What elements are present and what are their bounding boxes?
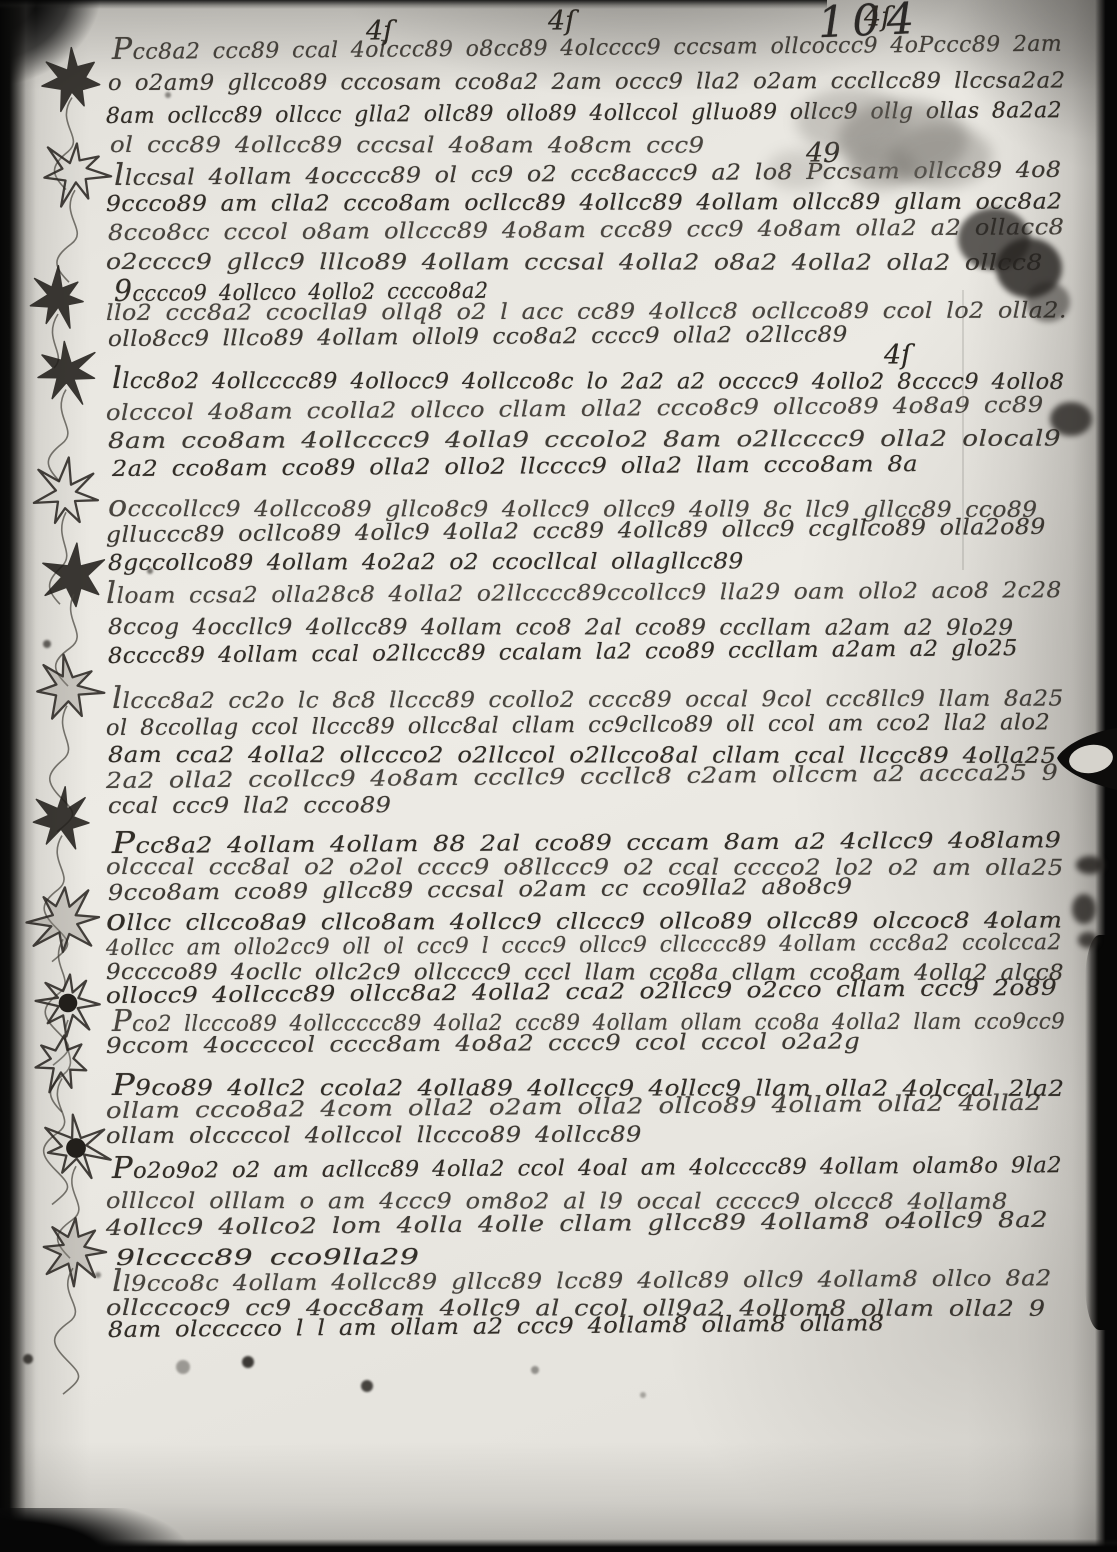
script-line: llo2 ccc8a2 ccoclla9 ollq8 o2 l acc cc89… <box>106 298 1067 327</box>
script-line: ollo8cc9 lllco89 4ollam ollol9 cco8a2 cc… <box>108 322 848 353</box>
ink-smudge <box>846 146 916 190</box>
gallows-flourish: 4ſ <box>864 2 891 33</box>
script-line: o o2am9 gllcco89 cccosam cco8a2 2am occc… <box>108 68 1066 97</box>
script-line: 2a2 cco8am cco89 olla2 ollo2 llcccc9 oll… <box>112 452 918 483</box>
script-line: 9ccco89 am clla2 ccco8am ocllcc89 4ollcc… <box>106 189 1063 218</box>
gallows-flourish: 4ſ <box>884 340 911 371</box>
ink-blot <box>1078 932 1098 948</box>
ink-speck <box>531 1366 539 1374</box>
script-line: ol ccc89 4ollcc89 cccsal 4o8am 4o8cm ccc… <box>110 133 705 160</box>
script-line: llcc8o2 4ollcccc89 4ollocc9 4ollcco8c lo… <box>112 366 1064 396</box>
script-line: 9ccom 4occccol cccc8am 4o8a2 cccc9 ccol … <box>106 1029 860 1060</box>
gallows-flourish: 4ſ <box>548 6 575 37</box>
manuscript-photo: 104 Pcc8a2 ccc89 ccal 4olccc89 o8cc89 4o… <box>0 0 1117 1552</box>
ink-speck <box>95 1272 101 1278</box>
ink-blot <box>1050 402 1092 436</box>
page-corner-bottom-left <box>0 1508 210 1552</box>
script-line: 8am cco8am 4ollcccc9 4olla9 cccolo2 8am … <box>108 427 1061 455</box>
ink-speck <box>43 640 51 648</box>
ink-blot <box>1076 856 1104 874</box>
script-line: ll9cco8c 4ollam 4ollcc89 gllcc89 lcc89 4… <box>112 1263 1052 1298</box>
page-edge-top <box>0 0 827 9</box>
gallows-flourish: 4ſ <box>366 16 393 47</box>
ink-blot <box>1026 282 1070 322</box>
script-line: lloam ccsa2 olla28c8 4olla2 o2llcccc89cc… <box>106 575 1062 610</box>
page-edge-right-lower <box>1085 935 1117 1330</box>
ink-speck <box>242 1356 254 1368</box>
script-line: o2cccc9 gllcc9 lllco89 4ollam cccsal 4ol… <box>106 250 1043 277</box>
script-line: 8gccollco89 4ollam 4o2a2 o2 ccocllcal ol… <box>108 549 744 577</box>
script-line: ollam olccccol 4ollccol llccco89 4ollcc8… <box>106 1123 642 1150</box>
script-line: Po2o9o2 o2 am acllcc89 4olla2 ccol 4oal … <box>112 1150 1062 1185</box>
ink-speck <box>176 1360 190 1374</box>
ink-smudge <box>766 150 830 190</box>
ink-blot <box>1072 894 1096 924</box>
binding-clasp-icon <box>1051 722 1117 794</box>
ink-speck <box>23 1354 33 1364</box>
ink-speck <box>640 1392 646 1398</box>
ink-speck <box>361 1380 373 1392</box>
script-line: ccal ccc9 lla2 ccco89 <box>108 793 391 820</box>
ink-speck <box>165 92 171 98</box>
ink-speck <box>147 568 153 574</box>
